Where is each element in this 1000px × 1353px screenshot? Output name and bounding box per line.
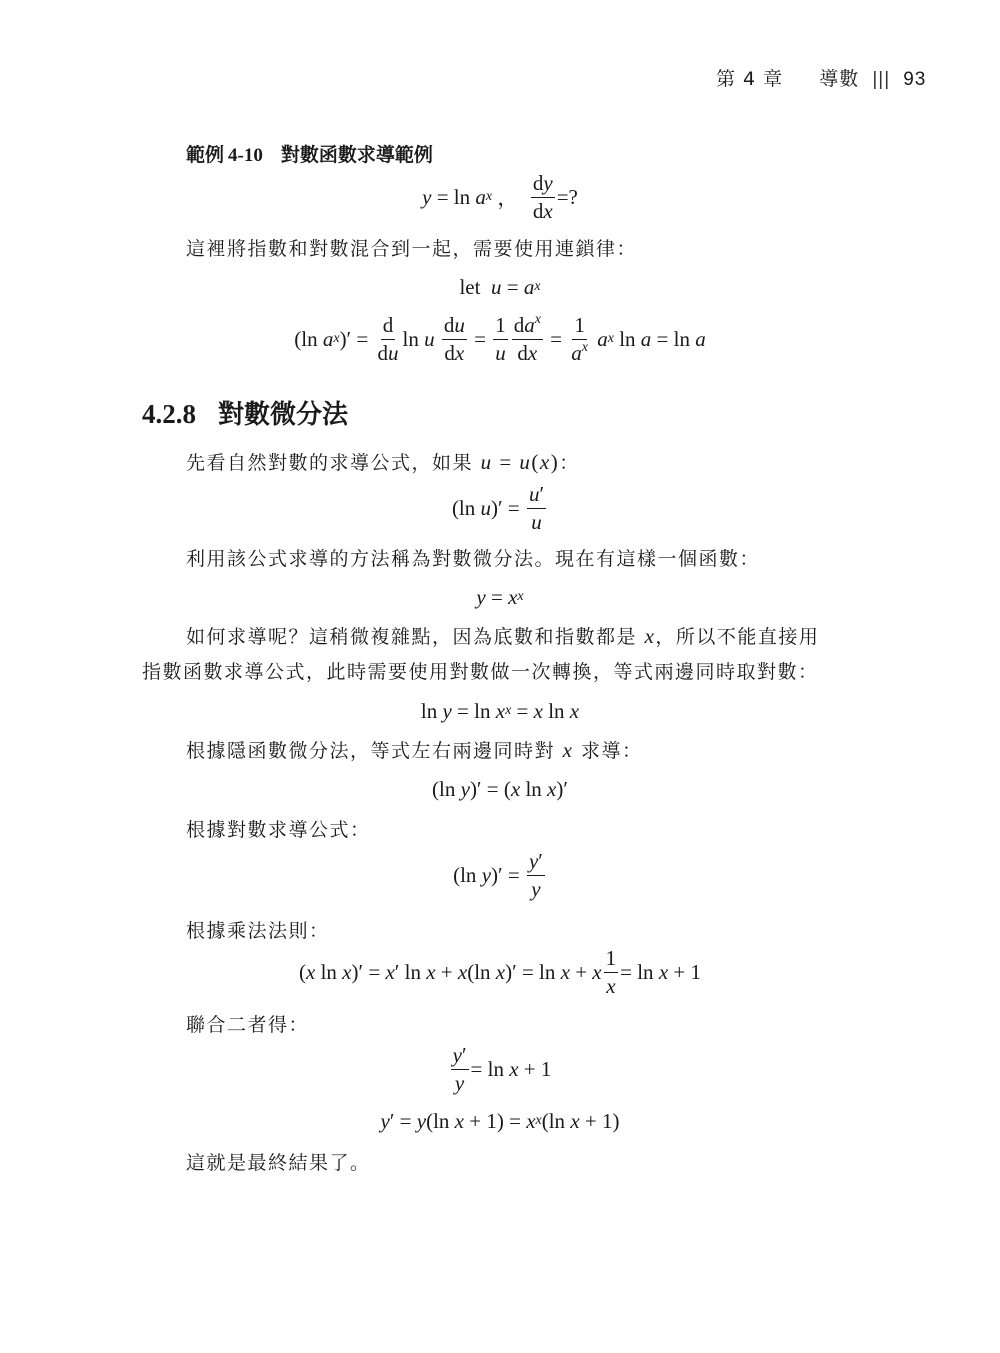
example-label: 範例 (186, 144, 224, 166)
example-problem-equation: y = ln ax ， dydx=? (300, 170, 700, 224)
chapter-title: 導數 (819, 68, 859, 90)
section-number: 4.2.8 (142, 399, 196, 429)
paragraph-natural-log: 先看自然對數的求導公式，如果 u = u(x)： (186, 448, 580, 475)
paragraph-how-to-derive: 如何求導呢？這稍微複雜點，因為底數和指數都是 x，所以不能直接用 (186, 622, 819, 649)
let-equation: let u = ax (300, 272, 700, 302)
running-header: 第 4 章 導數 ||| 93 (716, 64, 926, 91)
example-number: 4-10 (228, 145, 263, 166)
example-title: 對數函數求導範例 (281, 144, 433, 166)
log-derivative-formula: (ln u)′ = u′u (300, 480, 700, 536)
paragraph-take-log: 指數函數求導公式，此時需要使用對數做一次轉換，等式兩邊同時取對數： (142, 657, 819, 684)
implicit-derivative-equation: (ln y)′ = (x ln x)′ (300, 774, 700, 804)
page-number: 93 (903, 69, 926, 90)
function-equation: y = xx (300, 582, 700, 612)
example-text: 這裡將指數和對數混合到一起，需要使用連鎖律： (186, 234, 637, 261)
section-title: 對數微分法 (218, 400, 348, 430)
product-rule-equation: (x ln x)′ = x′ ln x + x(ln x)′ = ln x + … (230, 944, 770, 1000)
log-y-derivative-equation: (ln y)′ = y′y (300, 846, 700, 904)
log-both-sides-equation: ln y = ln xx = x ln x (300, 696, 700, 726)
chain-rule-equation: (ln ax)′ = dduln u dudx = 1u daxdx = 1ax… (240, 310, 760, 368)
paragraph-combine: 聯合二者得： (186, 1010, 309, 1037)
section-heading: 4.2.8對數微分法 (142, 394, 348, 431)
paragraph-log-formula: 根據對數求導公式： (186, 815, 371, 842)
paragraph-product-rule: 根據乘法法則： (186, 916, 330, 943)
paragraph-implicit-differentiation: 根據隱函數微分法，等式左右兩邊同時對 x 求導： (186, 736, 642, 763)
header-separator: ||| (872, 69, 890, 90)
combined-equation: y′y= ln x + 1 (300, 1040, 700, 1098)
paragraph-conclusion: 這就是最終結果了。 (186, 1148, 371, 1175)
example-heading: 範例4-10對數函數求導範例 (186, 140, 433, 167)
paragraph-log-differentiation: 利用該公式求導的方法稱為對數微分法。現在有這樣一個函數： (186, 544, 760, 571)
final-result-equation: y′ = y(ln x + 1) = xx(ln x + 1) (300, 1106, 700, 1136)
chapter-label: 第 4 章 (716, 68, 783, 90)
